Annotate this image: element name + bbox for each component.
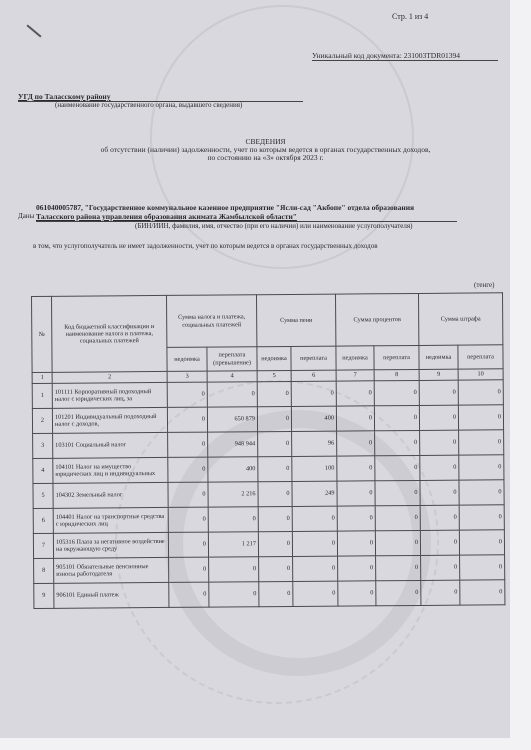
column-number: 8 — [374, 369, 419, 380]
scan-margin-bottom — [0, 738, 531, 750]
issuer-caption: (наименование государственного органа, в… — [55, 101, 242, 109]
row-value-col-10: 0 — [460, 580, 505, 605]
row-budget-code-name: 105316 Плата за негативное воздействие н… — [53, 532, 168, 558]
row-value-col-5: 0 — [257, 381, 291, 406]
subheader-6: переплата — [291, 346, 336, 370]
row-value-col-5: 0 — [258, 531, 292, 556]
subheader-9: недоимка — [419, 345, 458, 369]
column-number: 9 — [419, 369, 458, 380]
row-value-col-3: 0 — [168, 507, 208, 532]
row-value-col-10: 0 — [459, 530, 504, 555]
column-number: 1 — [32, 372, 52, 383]
column-number: 7 — [336, 370, 374, 381]
table-row: 6104401 Налог на транспортные средства с… — [33, 505, 504, 534]
row-value-col-4: 400 — [208, 457, 258, 482]
row-value-col-3: 0 — [168, 457, 208, 482]
row-value-col-6: 96 — [292, 431, 337, 456]
row-value-col-7: 0 — [337, 456, 375, 481]
column-number: 2 — [52, 371, 167, 383]
header-group-fine: Сумма штрафа — [419, 293, 503, 346]
row-value-col-7: 0 — [337, 506, 375, 531]
row-number: 1 — [32, 383, 52, 408]
header-no: № — [32, 296, 53, 372]
row-budget-code-name: 101201 Индивидуальный подоходный налог с… — [52, 407, 167, 433]
statement-text: в том, что услугополучатель не имеет зад… — [33, 242, 378, 250]
header-group-penalty-interest: Сумма пени — [257, 294, 336, 347]
row-value-col-7: 0 — [337, 531, 375, 556]
row-value-col-3: 0 — [168, 432, 208, 457]
row-value-col-10: 0 — [459, 480, 504, 505]
row-value-col-6: 0 — [292, 531, 337, 556]
row-value-col-5: 0 — [259, 556, 293, 581]
row-value-col-9: 0 — [420, 530, 459, 555]
given-label: Даны — [18, 212, 34, 220]
row-value-col-5: 0 — [258, 481, 292, 506]
row-value-col-10: 0 — [458, 405, 503, 430]
table-row: 4104101 Налог на имущество юридических л… — [33, 455, 504, 484]
row-budget-code-name: 103101 Социальный налог — [53, 432, 168, 458]
row-value-col-6: 0 — [293, 556, 338, 581]
column-number: 10 — [458, 369, 503, 380]
row-value-col-9: 0 — [420, 480, 459, 505]
row-value-col-3: 0 — [168, 532, 208, 557]
row-budget-code-name: 104302 Земельный налог — [53, 482, 168, 508]
recipient-line-2: Таласского района управления образования… — [36, 212, 457, 222]
row-value-col-7: 0 — [337, 431, 375, 456]
subheader-3: недоимка — [167, 347, 207, 371]
column-number: 6 — [291, 370, 336, 381]
row-number: 2 — [32, 408, 52, 433]
row-value-col-8: 0 — [375, 430, 420, 455]
row-value-col-8: 0 — [375, 480, 420, 505]
document-date-line: по состоянию на «3» октября 2023 г. — [0, 153, 531, 162]
row-value-col-7: 0 — [338, 581, 376, 606]
table-row: 2101201 Индивидуальный подоходный налог … — [32, 405, 503, 434]
pen-mark — [26, 24, 41, 37]
row-number: 8 — [34, 558, 54, 583]
row-value-col-8: 0 — [375, 505, 420, 530]
row-value-col-4: 1 217 — [208, 532, 258, 557]
header-group-tax: Сумма налога и платежа, социальных плате… — [166, 295, 256, 348]
row-value-col-4: 0 — [207, 382, 257, 407]
column-number: 3 — [167, 371, 207, 382]
row-value-col-5: 0 — [259, 581, 293, 606]
recipient-line-1: 061040005787, "Государственное коммуналь… — [36, 203, 414, 212]
row-value-col-3: 0 — [167, 407, 207, 432]
row-value-col-8: 0 — [376, 555, 421, 580]
row-budget-code-name: 101111 Корпоративный подоходный налог с … — [52, 382, 167, 408]
subheader-4: переплата (превышение) — [207, 347, 257, 371]
header-group-interest: Сумма процентов — [336, 293, 419, 346]
row-value-col-9: 0 — [421, 580, 460, 605]
row-budget-code-name: 906101 Единый платеж — [54, 582, 169, 608]
row-value-col-4: 2 216 — [208, 482, 258, 507]
table-row: 5104302 Земельный налог02 21602490000 — [33, 480, 504, 509]
table-row: 7105316 Плата за негативное воздействие … — [33, 530, 504, 559]
row-value-col-3: 0 — [168, 482, 208, 507]
row-value-col-4: 948 944 — [208, 432, 258, 457]
scan-margin-right — [510, 0, 531, 750]
unique-document-code: Уникальный код документа: 231003TDR01394 — [312, 51, 498, 61]
row-value-col-9: 0 — [420, 455, 459, 480]
row-value-col-6: 100 — [292, 456, 337, 481]
row-value-col-10: 0 — [459, 430, 504, 455]
document-page: Стр. 1 из 4 Уникальный код документа: 23… — [0, 0, 510, 738]
table-row: 9906101 Единый платеж00000000 — [34, 580, 505, 609]
debt-table: № Код бюджетной классификации и наименов… — [31, 292, 505, 609]
row-value-col-10: 0 — [458, 380, 503, 405]
row-value-col-8: 0 — [374, 380, 419, 405]
row-value-col-4: 0 — [209, 557, 259, 582]
row-value-col-7: 0 — [336, 381, 374, 406]
row-value-col-8: 0 — [374, 405, 419, 430]
unique-code-value: 231003TDR01394 — [404, 51, 460, 60]
row-value-col-10: 0 — [460, 555, 505, 580]
row-value-col-4: 0 — [208, 507, 258, 532]
row-value-col-7: 0 — [337, 481, 375, 506]
row-value-col-5: 0 — [258, 456, 292, 481]
row-value-col-8: 0 — [375, 455, 420, 480]
row-value-col-8: 0 — [376, 580, 421, 605]
row-value-col-8: 0 — [375, 530, 420, 555]
row-number: 9 — [34, 583, 54, 608]
column-number: 4 — [207, 371, 257, 382]
row-number: 3 — [33, 433, 53, 458]
row-number: 6 — [33, 508, 53, 533]
subheader-5: недоимка — [257, 346, 291, 370]
header-code: Код бюджетной классификации и наименован… — [52, 295, 168, 372]
row-value-col-10: 0 — [459, 505, 504, 530]
row-value-col-9: 0 — [419, 405, 458, 430]
row-value-col-9: 0 — [419, 380, 458, 405]
row-value-col-6: 400 — [291, 406, 336, 431]
row-value-col-10: 0 — [459, 455, 504, 480]
row-value-col-4: 650 879 — [207, 407, 257, 432]
table-row: 8905101 Обязательные пенсионные взносы р… — [34, 555, 505, 584]
row-value-col-4: 0 — [209, 582, 259, 607]
row-number: 7 — [33, 533, 53, 558]
subheader-10: переплата — [458, 345, 503, 369]
row-value-col-7: 0 — [338, 556, 376, 581]
subheader-7: недоимка — [336, 346, 374, 370]
unique-code-label: Уникальный код документа: — [312, 51, 402, 60]
row-value-col-6: 0 — [291, 381, 336, 406]
row-budget-code-name: 104101 Налог на имущество юридических ли… — [53, 457, 168, 483]
subheader-8: переплата — [374, 345, 419, 369]
row-value-col-9: 0 — [420, 430, 459, 455]
row-number: 5 — [33, 483, 53, 508]
table-row: 3103101 Социальный налог0948 9440960000 — [33, 430, 504, 459]
row-budget-code-name: 905101 Обязательные пенсионные взносы ра… — [54, 557, 169, 583]
row-value-col-7: 0 — [336, 406, 374, 431]
row-value-col-9: 0 — [420, 505, 459, 530]
row-value-col-9: 0 — [421, 555, 460, 580]
table-row: 1101111 Корпоративный подоходный налог с… — [32, 380, 503, 409]
column-number: 5 — [257, 370, 291, 381]
row-value-col-6: 0 — [292, 506, 337, 531]
row-value-col-5: 0 — [257, 406, 291, 431]
row-value-col-5: 0 — [258, 431, 292, 456]
row-value-col-3: 0 — [167, 382, 207, 407]
page-indicator: Стр. 1 из 4 — [392, 12, 428, 21]
row-value-col-5: 0 — [258, 506, 292, 531]
row-value-col-6: 0 — [293, 581, 338, 606]
row-value-col-6: 249 — [292, 481, 337, 506]
recipient-caption: (БИН/ИИН, фамилия, имя, отчество (при ег… — [135, 222, 412, 230]
row-value-col-3: 0 — [169, 582, 209, 607]
currency-note: (тенге) — [474, 281, 494, 289]
row-value-col-3: 0 — [169, 557, 209, 582]
row-budget-code-name: 104401 Налог на транспортные средства с … — [53, 507, 168, 533]
row-number: 4 — [33, 458, 53, 483]
